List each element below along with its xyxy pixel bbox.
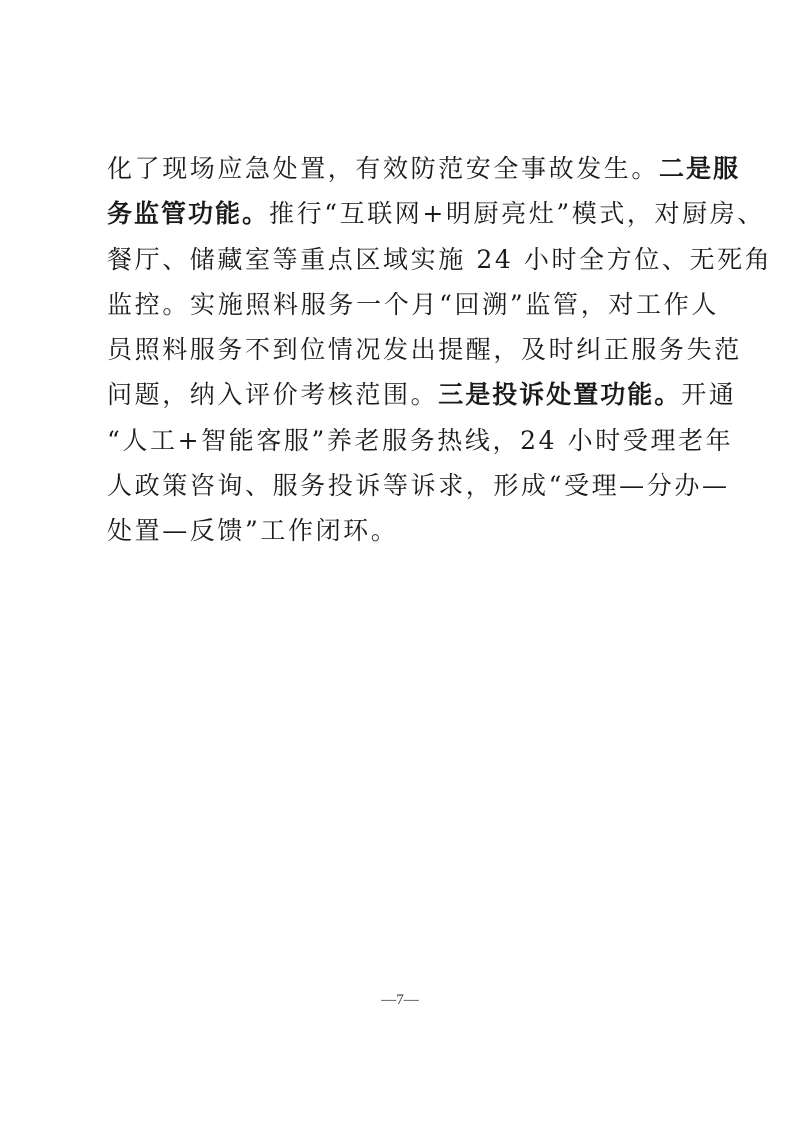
page-number: —7— bbox=[0, 992, 800, 1009]
text-run: 餐厅、储藏室等重点区域实施 24 小时全方位、无死角 bbox=[107, 245, 772, 274]
text-run: “人工+智能客服”养老服务热线，24 小时受理老年 bbox=[107, 426, 733, 455]
text-line-9: 处置—反馈”工作闭环。 bbox=[107, 508, 719, 553]
text-run: 化了现场应急处置，有效防范安全事故发生。 bbox=[107, 154, 659, 183]
bold-heading-run: 三是投诉处置功能。 bbox=[438, 380, 681, 409]
text-line-2: 务监管功能。推行“互联网+明厨亮灶”模式，对厨房、 bbox=[107, 191, 719, 236]
bold-heading-run: 二是服 bbox=[659, 154, 740, 183]
document-page: 化了现场应急处置，有效防范安全事故发生。二是服 务监管功能。推行“互联网+明厨亮… bbox=[0, 0, 800, 1132]
text-line-6: 问题，纳入评价考核范围。三是投诉处置功能。开通 bbox=[107, 372, 719, 417]
text-run: 处置—反馈”工作闭环。 bbox=[107, 516, 398, 545]
text-run: 人政策咨询、服务投诉等诉求，形成“受理—分办— bbox=[107, 471, 730, 500]
text-line-8: 人政策咨询、服务投诉等诉求，形成“受理—分办— bbox=[107, 463, 719, 508]
body-paragraph: 化了现场应急处置，有效防范安全事故发生。二是服 务监管功能。推行“互联网+明厨亮… bbox=[107, 146, 719, 554]
text-line-7: “人工+智能客服”养老服务热线，24 小时受理老年 bbox=[107, 418, 719, 463]
text-line-1: 化了现场应急处置，有效防范安全事故发生。二是服 bbox=[107, 146, 719, 191]
text-run: 员照料服务不到位情况发出提醒，及时纠正服务失范 bbox=[107, 335, 742, 364]
text-run: 推行“互联网+明厨亮灶”模式，对厨房、 bbox=[269, 199, 765, 228]
text-run: 开通 bbox=[681, 380, 736, 409]
bold-heading-run: 务监管功能。 bbox=[107, 199, 269, 228]
text-run: 监控。实施照料服务一个月“回溯”监管，对工作人 bbox=[107, 290, 719, 319]
text-line-3: 餐厅、储藏室等重点区域实施 24 小时全方位、无死角 bbox=[107, 237, 719, 282]
text-run: 问题，纳入评价考核范围。 bbox=[107, 380, 438, 409]
text-line-5: 员照料服务不到位情况发出提醒，及时纠正服务失范 bbox=[107, 327, 719, 372]
text-line-4: 监控。实施照料服务一个月“回溯”监管，对工作人 bbox=[107, 282, 719, 327]
